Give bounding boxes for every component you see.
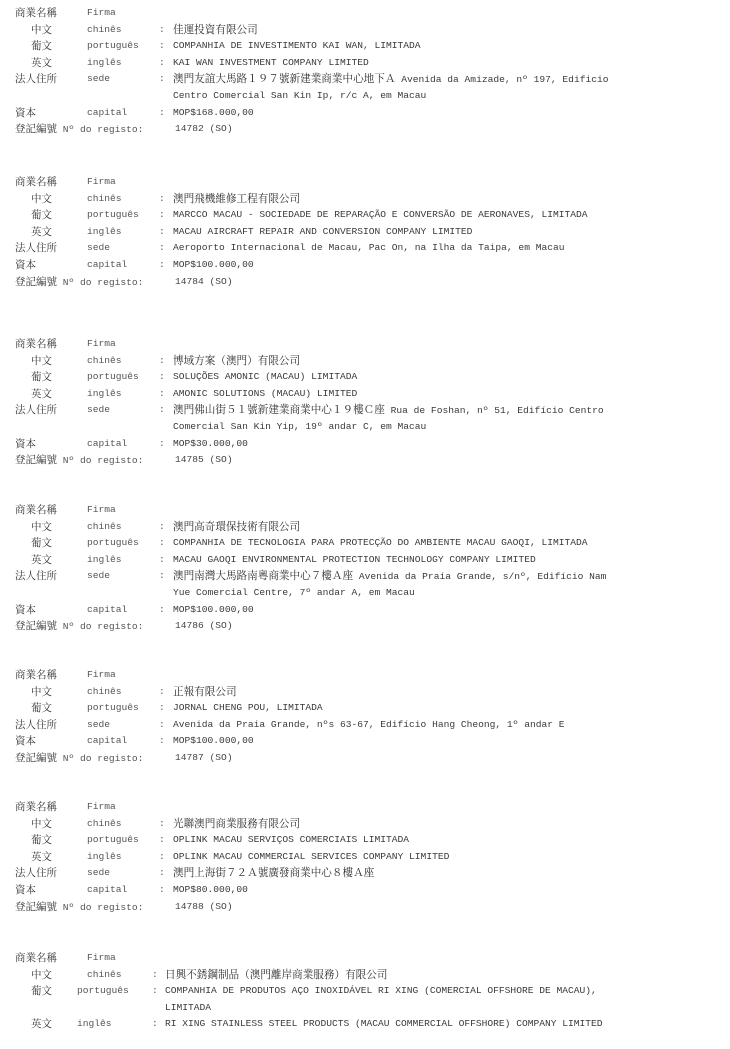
colon: : xyxy=(159,224,165,241)
capital-value: MOP$30.000,00 xyxy=(173,436,248,453)
chinese-name-value: 澳門高奇環保技術有限公司 xyxy=(173,519,300,537)
firma-label-pt: Firma xyxy=(87,5,116,22)
portuguese-name-value: COMPANHIA DE PRODUTOS AÇO INOXIDÁVEL RI … xyxy=(165,983,597,1000)
registo-value: 14785 (SO) xyxy=(175,452,233,469)
chinese-label-zh: 中文 xyxy=(31,816,52,833)
registo-label: 登記編號 Nº do registo: xyxy=(15,274,143,292)
english-name-value: AMONIC SOLUTIONS (MACAU) LIMITED xyxy=(173,386,357,403)
firma-label-zh: 商業名稱 xyxy=(15,667,57,684)
sede-label-pt: sede xyxy=(87,865,110,882)
portuguese-label-zh: 葡文 xyxy=(31,369,52,386)
sede-label-pt: sede xyxy=(87,71,110,88)
registo-row: 登記編號 Nº do registo: 14784 (SO) xyxy=(0,274,730,291)
colon: : xyxy=(159,568,165,585)
english-label-pt: inglês xyxy=(87,224,122,241)
capital-label-zh: 資本 xyxy=(15,882,36,899)
portuguese-label-zh: 葡文 xyxy=(31,700,52,717)
colon: : xyxy=(159,22,165,39)
portuguese-name-value: COMPANHIA DE INVESTIMENTO KAI WAN, LIMIT… xyxy=(173,38,421,55)
portuguese-name-value: OPLINK MACAU SERVIÇOS COMERCIAIS LIMITAD… xyxy=(173,832,409,849)
colon: : xyxy=(159,436,165,453)
portuguese-name-value: SOLUÇÕES AMONIC (MACAU) LIMITADA xyxy=(173,369,357,386)
sede-row: 法人住所 sede : 澳門佛山街５１號新建業商業中心１９樓Ｃ座 Rua de … xyxy=(0,402,730,419)
english-label-zh: 英文 xyxy=(31,224,52,241)
registo-value: 14782 (SO) xyxy=(175,121,233,138)
firma-label-pt: Firma xyxy=(87,174,116,191)
portuguese-name-row: 葡文 português : SOLUÇÕES AMONIC (MACAU) L… xyxy=(0,369,730,386)
chinese-label-pt: chinês xyxy=(87,967,122,984)
english-label-zh: 英文 xyxy=(31,55,52,72)
firma-label-zh: 商業名稱 xyxy=(15,950,57,967)
english-label-zh: 英文 xyxy=(31,1016,52,1033)
colon: : xyxy=(159,882,165,899)
colon: : xyxy=(159,257,165,274)
chinese-label-pt: chinês xyxy=(87,353,122,370)
colon: : xyxy=(152,983,158,1000)
chinese-label-pt: chinês xyxy=(87,22,122,39)
colon: : xyxy=(159,602,165,619)
sede-value: Avenida da Praia Grande, nºs 63-67, Edif… xyxy=(173,717,565,734)
chinese-label-zh: 中文 xyxy=(31,684,52,701)
english-name-row: 英文 inglês : KAI WAN INVESTMENT COMPANY L… xyxy=(0,55,730,72)
chinese-name-row: 中文 chinês : 日興不銹鋼制品（澳門離岸商業服務）有限公司 xyxy=(0,967,730,984)
portuguese-label-pt: português xyxy=(87,535,139,552)
chinese-label-zh: 中文 xyxy=(31,519,52,536)
sede-value: 澳門友誼大馬路１９７號新建業商業中心地下Ａ Avenida da Amizade… xyxy=(173,71,609,89)
colon: : xyxy=(159,733,165,750)
english-name-row: 英文 inglês : OPLINK MACAU COMMERCIAL SERV… xyxy=(0,849,730,866)
chinese-name-row: 中文 chinês : 澳門飛機維修工程有限公司 xyxy=(0,191,730,208)
english-name-value: KAI WAN INVESTMENT COMPANY LIMITED xyxy=(173,55,369,72)
firma-row: 商業名稱 Firma xyxy=(0,799,730,816)
capital-label-pt: capital xyxy=(87,436,127,453)
sede-label-zh: 法人住所 xyxy=(15,71,57,88)
registo-value: 14784 (SO) xyxy=(175,274,233,291)
sede-label-zh: 法人住所 xyxy=(15,402,57,419)
portuguese-label-pt: português xyxy=(87,38,139,55)
portuguese-name-value-line2: LIMITADA xyxy=(165,1000,211,1017)
registo-row: 登記編號 Nº do registo: 14787 (SO) xyxy=(0,750,730,767)
sede-label-pt: sede xyxy=(87,717,110,734)
english-label-pt: inglês xyxy=(87,55,122,72)
firma-label-zh: 商業名稱 xyxy=(15,336,57,353)
capital-row: 資本 capital : MOP$80.000,00 xyxy=(0,882,730,899)
registo-label: 登記編號 Nº do registo: xyxy=(15,121,143,139)
capital-value: MOP$100.000,00 xyxy=(173,733,254,750)
portuguese-name-row: 葡文 português : COMPANHIA DE PRODUTOS AÇO… xyxy=(0,983,730,1000)
colon: : xyxy=(159,684,165,701)
colon: : xyxy=(159,71,165,88)
capital-value: MOP$100.000,00 xyxy=(173,602,254,619)
colon: : xyxy=(159,717,165,734)
chinese-label-zh: 中文 xyxy=(31,353,52,370)
company-entry-ri-xing: 商業名稱 Firma 中文 chinês : 日興不銹鋼制品（澳門離岸商業服務）… xyxy=(0,950,730,1033)
colon: : xyxy=(159,552,165,569)
company-entry-14788: 商業名稱 Firma 中文 chinês : 光聯澳門商業服務有限公司 葡文 p… xyxy=(0,799,730,915)
firma-label-zh: 商業名稱 xyxy=(15,174,57,191)
colon: : xyxy=(159,535,165,552)
chinese-name-row: 中文 chinês : 佳運投資有限公司 xyxy=(0,22,730,39)
chinese-name-row: 中文 chinês : 博域方案（澳門）有限公司 xyxy=(0,353,730,370)
chinese-label-zh: 中文 xyxy=(31,22,52,39)
portuguese-name-row: 葡文 português : OPLINK MACAU SERVIÇOS COM… xyxy=(0,832,730,849)
sede-label-zh: 法人住所 xyxy=(15,865,57,882)
capital-label-zh: 資本 xyxy=(15,257,36,274)
colon: : xyxy=(152,1016,158,1033)
capital-row: 資本 capital : MOP$30.000,00 xyxy=(0,436,730,453)
capital-label-pt: capital xyxy=(87,882,127,899)
firma-row: 商業名稱 Firma xyxy=(0,5,730,22)
firma-row: 商業名稱 Firma xyxy=(0,950,730,967)
registo-label: 登記編號 Nº do registo: xyxy=(15,750,143,768)
colon: : xyxy=(159,402,165,419)
sede-row: 法人住所 sede : 澳門友誼大馬路１９７號新建業商業中心地下Ａ Avenid… xyxy=(0,71,730,88)
colon: : xyxy=(159,369,165,386)
colon: : xyxy=(159,207,165,224)
firma-row: 商業名稱 Firma xyxy=(0,502,730,519)
firma-label-zh: 商業名稱 xyxy=(15,799,57,816)
colon: : xyxy=(159,386,165,403)
english-name-value: MACAU AIRCRAFT REPAIR AND CONVERSION COM… xyxy=(173,224,472,241)
chinese-name-row: 中文 chinês : 澳門高奇環保技術有限公司 xyxy=(0,519,730,536)
colon: : xyxy=(159,191,165,208)
sede-row-continued: Comercial San Kin Yip, 19º andar C, em M… xyxy=(0,419,730,436)
sede-value-line2: Yue Comercial Centre, 7º andar A, em Mac… xyxy=(173,585,415,602)
colon: : xyxy=(159,519,165,536)
capital-row: 資本 capital : MOP$100.000,00 xyxy=(0,602,730,619)
chinese-name-value: 正報有限公司 xyxy=(173,684,237,702)
colon: : xyxy=(159,816,165,833)
sede-value: 澳門南灣大馬路南粵商業中心７樓Ａ座 Avenida da Praia Grand… xyxy=(173,568,606,586)
colon: : xyxy=(152,967,158,984)
capital-row: 資本 capital : MOP$100.000,00 xyxy=(0,257,730,274)
colon: : xyxy=(159,38,165,55)
capital-value: MOP$168.000,00 xyxy=(173,105,254,122)
chinese-name-value: 日興不銹鋼制品（澳門離岸商業服務）有限公司 xyxy=(165,967,387,985)
sede-value: 澳門佛山街５１號新建業商業中心１９樓Ｃ座 Rua de Foshan, nº 5… xyxy=(173,402,604,420)
portuguese-label-pt: português xyxy=(87,832,139,849)
chinese-label-pt: chinês xyxy=(87,816,122,833)
chinese-name-row: 中文 chinês : 正報有限公司 xyxy=(0,684,730,701)
portuguese-name-value: JORNAL CHENG POU, LIMITADA xyxy=(173,700,323,717)
colon: : xyxy=(159,353,165,370)
capital-label-zh: 資本 xyxy=(15,602,36,619)
english-name-value: MACAU GAOQI ENVIRONMENTAL PROTECTION TEC… xyxy=(173,552,536,569)
sede-label-pt: sede xyxy=(87,240,110,257)
portuguese-label-zh: 葡文 xyxy=(31,983,52,1000)
firma-label-pt: Firma xyxy=(87,799,116,816)
portuguese-name-row: 葡文 português : MARCCO MACAU - SOCIEDADE … xyxy=(0,207,730,224)
sede-label-zh: 法人住所 xyxy=(15,568,57,585)
firma-label-zh: 商業名稱 xyxy=(15,502,57,519)
portuguese-name-row-continued: LIMITADA xyxy=(0,1000,730,1017)
registo-value: 14787 (SO) xyxy=(175,750,233,767)
sede-value: 澳門上海街７２Ａ號廣發商業中心８樓Ａ座 xyxy=(173,865,374,883)
capital-row: 資本 capital : MOP$100.000,00 xyxy=(0,733,730,750)
capital-label-zh: 資本 xyxy=(15,105,36,122)
sede-label-pt: sede xyxy=(87,402,110,419)
registo-value: 14786 (SO) xyxy=(175,618,233,635)
registo-label: 登記編號 Nº do registo: xyxy=(15,899,143,917)
colon: : xyxy=(159,55,165,72)
firma-label-pt: Firma xyxy=(87,667,116,684)
capital-row: 資本 capital : MOP$168.000,00 xyxy=(0,105,730,122)
registo-value: 14788 (SO) xyxy=(175,899,233,916)
firma-label-pt: Firma xyxy=(87,950,116,967)
capital-label-pt: capital xyxy=(87,105,127,122)
firma-row: 商業名稱 Firma xyxy=(0,667,730,684)
sede-row-continued: Yue Comercial Centre, 7º andar A, em Mac… xyxy=(0,585,730,602)
colon: : xyxy=(159,849,165,866)
portuguese-name-value: MARCCO MACAU - SOCIEDADE DE REPARAÇÃO E … xyxy=(173,207,588,224)
sede-row: 法人住所 sede : Aeroporto Internacional de M… xyxy=(0,240,730,257)
colon: : xyxy=(159,700,165,717)
portuguese-label-pt: português xyxy=(87,207,139,224)
sede-label-pt: sede xyxy=(87,568,110,585)
english-label-pt: inglês xyxy=(87,849,122,866)
firma-row: 商業名稱 Firma xyxy=(0,174,730,191)
colon: : xyxy=(159,832,165,849)
chinese-name-value: 光聯澳門商業服務有限公司 xyxy=(173,816,300,834)
registo-label: 登記編號 Nº do registo: xyxy=(15,452,143,470)
portuguese-name-row: 葡文 português : COMPANHIA DE TECNOLOGIA P… xyxy=(0,535,730,552)
portuguese-label-pt: português xyxy=(87,369,139,386)
portuguese-name-row: 葡文 português : JORNAL CHENG POU, LIMITAD… xyxy=(0,700,730,717)
chinese-label-zh: 中文 xyxy=(31,191,52,208)
registo-row: 登記編號 Nº do registo: 14782 (SO) xyxy=(0,121,730,138)
english-label-zh: 英文 xyxy=(31,386,52,403)
chinese-label-pt: chinês xyxy=(87,684,122,701)
portuguese-name-value: COMPANHIA DE TECNOLOGIA PARA PROTECÇÃO D… xyxy=(173,535,588,552)
english-label-zh: 英文 xyxy=(31,849,52,866)
firma-label-zh: 商業名稱 xyxy=(15,5,57,22)
portuguese-label-pt: português xyxy=(77,983,129,1000)
sede-value-line2: Centro Comercial San Kin Ip, r/c A, em M… xyxy=(173,88,426,105)
capital-label-pt: capital xyxy=(87,257,127,274)
portuguese-label-pt: português xyxy=(87,700,139,717)
company-entry-14787: 商業名稱 Firma 中文 chinês : 正報有限公司 葡文 portugu… xyxy=(0,667,730,767)
portuguese-label-zh: 葡文 xyxy=(31,535,52,552)
registo-row: 登記編號 Nº do registo: 14785 (SO) xyxy=(0,452,730,469)
portuguese-label-zh: 葡文 xyxy=(31,207,52,224)
chinese-name-value: 澳門飛機維修工程有限公司 xyxy=(173,191,300,209)
company-entry-14785: 商業名稱 Firma 中文 chinês : 博域方案（澳門）有限公司 葡文 p… xyxy=(0,336,730,469)
sede-label-zh: 法人住所 xyxy=(15,717,57,734)
company-entry-14782: 商業名稱 Firma 中文 chinês : 佳運投資有限公司 葡文 portu… xyxy=(0,5,730,138)
english-label-pt: inglês xyxy=(87,552,122,569)
english-label-zh: 英文 xyxy=(31,552,52,569)
english-label-pt: inglês xyxy=(77,1016,112,1033)
colon: : xyxy=(159,105,165,122)
capital-value: MOP$80.000,00 xyxy=(173,882,248,899)
company-entry-14784: 商業名稱 Firma 中文 chinês : 澳門飛機維修工程有限公司 葡文 p… xyxy=(0,174,730,290)
firma-row: 商業名稱 Firma xyxy=(0,336,730,353)
english-name-row: 英文 inglês : RI XING STAINLESS STEEL PROD… xyxy=(0,1016,730,1033)
english-label-pt: inglês xyxy=(87,386,122,403)
colon: : xyxy=(159,865,165,882)
chinese-name-value: 博域方案（澳門）有限公司 xyxy=(173,353,300,371)
chinese-name-row: 中文 chinês : 光聯澳門商業服務有限公司 xyxy=(0,816,730,833)
sede-row-continued: Centro Comercial San Kin Ip, r/c A, em M… xyxy=(0,88,730,105)
sede-label-zh: 法人住所 xyxy=(15,240,57,257)
capital-label-zh: 資本 xyxy=(15,436,36,453)
sede-row: 法人住所 sede : Avenida da Praia Grande, nºs… xyxy=(0,717,730,734)
registo-label: 登記編號 Nº do registo: xyxy=(15,618,143,636)
capital-label-zh: 資本 xyxy=(15,733,36,750)
portuguese-label-zh: 葡文 xyxy=(31,38,52,55)
sede-value: Aeroporto Internacional de Macau, Pac On… xyxy=(173,240,565,257)
capital-value: MOP$100.000,00 xyxy=(173,257,254,274)
capital-label-pt: capital xyxy=(87,602,127,619)
sede-value-line2: Comercial San Kin Yip, 19º andar C, em M… xyxy=(173,419,426,436)
chinese-name-value: 佳運投資有限公司 xyxy=(173,22,258,40)
chinese-label-pt: chinês xyxy=(87,191,122,208)
english-name-row: 英文 inglês : AMONIC SOLUTIONS (MACAU) LIM… xyxy=(0,386,730,403)
capital-label-pt: capital xyxy=(87,733,127,750)
firma-label-pt: Firma xyxy=(87,336,116,353)
chinese-label-zh: 中文 xyxy=(31,967,52,984)
english-name-row: 英文 inglês : MACAU GAOQI ENVIRONMENTAL PR… xyxy=(0,552,730,569)
english-name-value: RI XING STAINLESS STEEL PRODUCTS (MACAU … xyxy=(165,1016,603,1033)
english-name-row: 英文 inglês : MACAU AIRCRAFT REPAIR AND CO… xyxy=(0,224,730,241)
company-entry-14786: 商業名稱 Firma 中文 chinês : 澳門高奇環保技術有限公司 葡文 p… xyxy=(0,502,730,635)
sede-row: 法人住所 sede : 澳門上海街７２Ａ號廣發商業中心８樓Ａ座 xyxy=(0,865,730,882)
registo-row: 登記編號 Nº do registo: 14786 (SO) xyxy=(0,618,730,635)
portuguese-label-zh: 葡文 xyxy=(31,832,52,849)
registo-row: 登記編號 Nº do registo: 14788 (SO) xyxy=(0,899,730,916)
colon: : xyxy=(159,240,165,257)
chinese-label-pt: chinês xyxy=(87,519,122,536)
english-name-value: OPLINK MACAU COMMERCIAL SERVICES COMPANY… xyxy=(173,849,449,866)
firma-label-pt: Firma xyxy=(87,502,116,519)
portuguese-name-row: 葡文 português : COMPANHIA DE INVESTIMENTO… xyxy=(0,38,730,55)
sede-row: 法人住所 sede : 澳門南灣大馬路南粵商業中心７樓Ａ座 Avenida da… xyxy=(0,568,730,585)
